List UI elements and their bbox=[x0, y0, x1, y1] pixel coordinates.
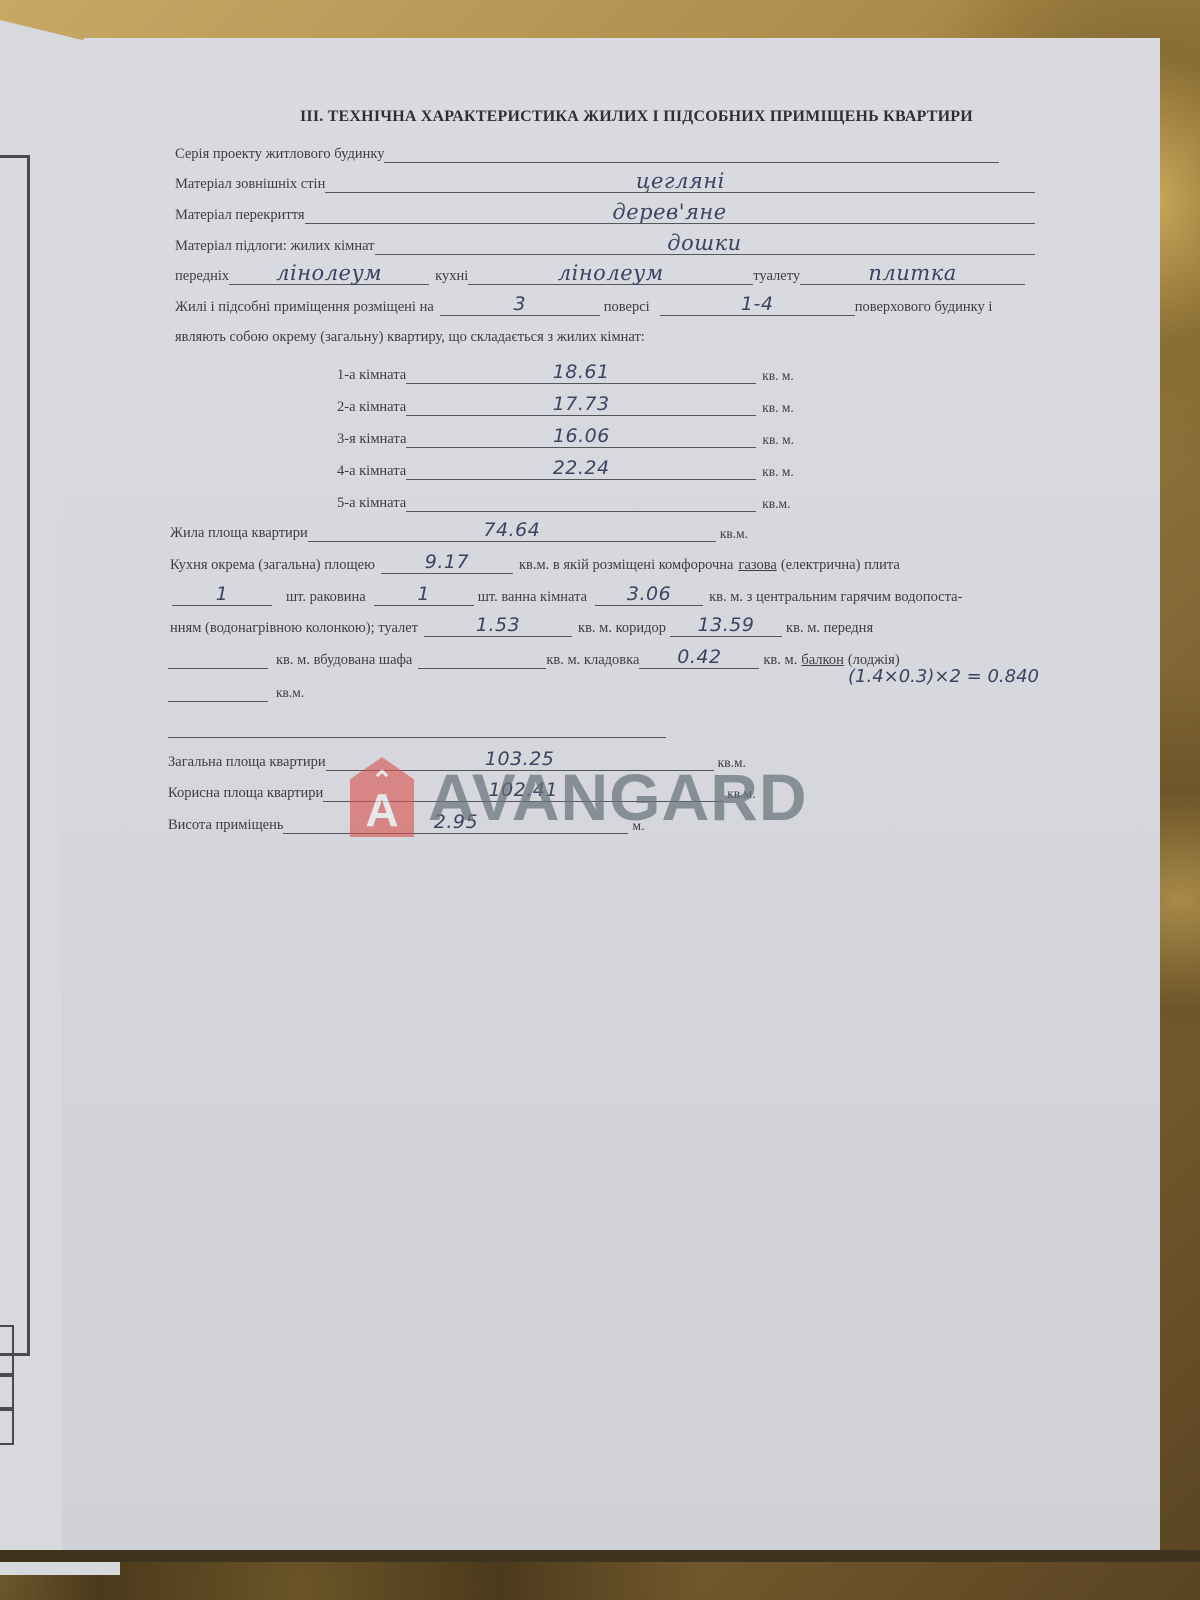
avangard-logo-icon: ⌃ A bbox=[350, 757, 414, 837]
room-row: 1-а кімната18.61кв. м. bbox=[337, 365, 794, 384]
field-sink-bath: 1 шт. раковина 1 шт. ванна кімната 3.06 … bbox=[172, 587, 962, 606]
room-label: 3-я кімната bbox=[337, 430, 406, 448]
divider bbox=[168, 737, 666, 738]
room-area-value: 18.61 bbox=[406, 361, 756, 383]
field-floor-rooms: передніх лінолеум кухні лінолеум туалету… bbox=[175, 266, 1025, 285]
room-label: 2-а кімната bbox=[337, 398, 406, 416]
field-project-series: Серія проекту житлового будинку bbox=[175, 144, 999, 163]
room-row: 4-а кімната22.24кв. м. bbox=[337, 461, 794, 480]
room-row: 2-а кімната17.73кв. м. bbox=[337, 397, 794, 416]
apartment-intro: являють собою окрему (загальну) квартиру… bbox=[175, 328, 645, 346]
field-wall-material: Матеріал зовнішніх стін цегляні bbox=[175, 174, 1035, 193]
field-floor-material: Матеріал підлоги: жилих кімнат дошки bbox=[175, 236, 1035, 255]
wall-material-value: цегляні bbox=[325, 170, 1035, 192]
room-row: 5-а кімнатакв.м. bbox=[337, 493, 790, 512]
field-balcony-area: кв.м. bbox=[168, 683, 304, 702]
room-row: 3-я кімната16.06кв. м. bbox=[337, 429, 794, 448]
field-storage-balcony: кв. м. вбудована шафа кв. м. кладовка 0.… bbox=[168, 650, 900, 669]
document: III. ТЕХНІЧНА ХАРАКТЕРИСТИКА ЖИЛИХ І ПІД… bbox=[0, 0, 1200, 1600]
field-kitchen: Кухня окрема (загальна) площею 9.17 кв.м… bbox=[170, 555, 900, 574]
watermark-brand: AVANGARD bbox=[428, 764, 808, 830]
room-label: 4-а кімната bbox=[337, 462, 406, 480]
room-label: 1-а кімната bbox=[337, 366, 406, 384]
page-title: III. ТЕХНІЧНА ХАРАКТЕРИСТИКА ЖИЛИХ І ПІД… bbox=[300, 108, 973, 126]
field-toilet-corridor: нням (водонагрівною колонкою); туалет 1.… bbox=[170, 618, 873, 637]
room-label: 5-а кімната bbox=[337, 494, 406, 512]
floor-material-value: дошки bbox=[375, 232, 1035, 254]
balcony-calculation: (1.4×0.3)×2 = 0.840 bbox=[848, 666, 1039, 687]
room-area-value: 16.06 bbox=[406, 425, 756, 447]
room-area-value: 22.24 bbox=[406, 457, 756, 479]
watermark: ⌃ A AVANGARD bbox=[350, 757, 808, 837]
field-location: Жилі і підсобні приміщення розміщені на … bbox=[175, 297, 992, 316]
floor-slab-value: дерев'яне bbox=[305, 201, 1035, 223]
field-living-area: Жила площа квартири 74.64 кв.м. bbox=[170, 523, 748, 542]
field-floor-slab: Матеріал перекриття дерев'яне bbox=[175, 205, 1035, 224]
room-area-value: 17.73 bbox=[406, 393, 756, 415]
